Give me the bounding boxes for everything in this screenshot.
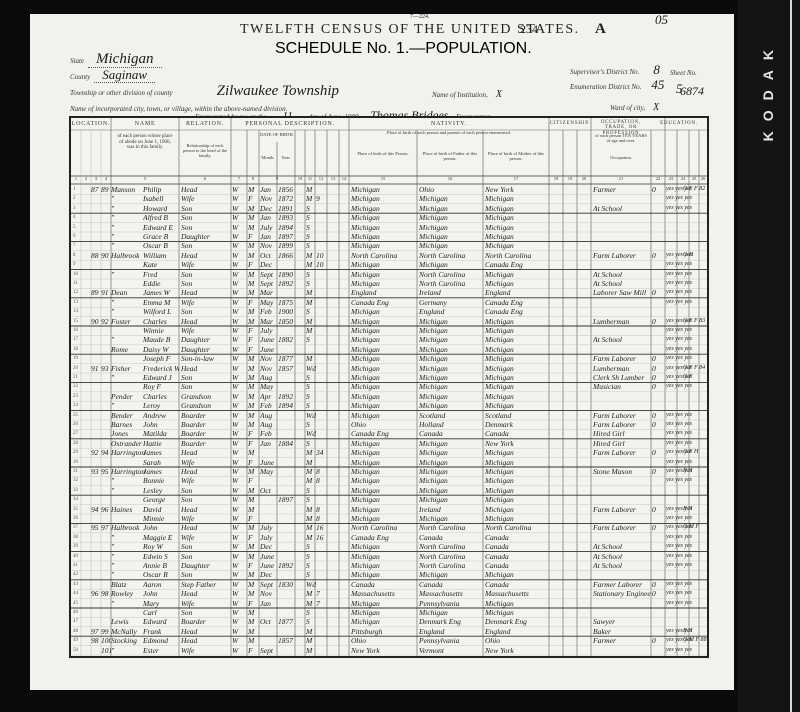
surname: Ostrander xyxy=(111,439,145,448)
years-married: 7 xyxy=(316,599,327,608)
years-married xyxy=(316,317,327,326)
occupation xyxy=(593,570,651,579)
table-row: 50101"EsterWifeWFSeptMNew YorkVermontNew… xyxy=(71,646,707,655)
race: W xyxy=(232,260,246,269)
sex: M xyxy=(248,213,259,222)
line-number: 19 xyxy=(73,356,78,361)
occupation: At School xyxy=(593,542,651,551)
birthplace-father: Holland xyxy=(419,420,483,429)
marital-status: S xyxy=(306,223,316,232)
given-name: Kate xyxy=(143,260,179,269)
surname: Rome xyxy=(111,345,145,354)
birth-month: July xyxy=(260,223,277,232)
sex: M xyxy=(248,185,259,194)
birth-year xyxy=(278,288,295,297)
dwelling-number: 98 xyxy=(91,636,101,645)
birth-year xyxy=(278,345,295,354)
birthplace-father: North Carolina xyxy=(419,270,483,279)
birthplace-person: Michigan xyxy=(351,335,417,344)
surname xyxy=(111,495,145,504)
birth-year xyxy=(278,552,295,561)
family-number xyxy=(101,486,111,495)
given-name: William xyxy=(143,251,179,260)
birthplace-person: Canada Eng xyxy=(351,429,417,438)
table-row: 17"Maude BDaughterWFJune1882SMichiganMic… xyxy=(71,335,707,344)
birth-month: Feb xyxy=(260,307,277,316)
marital-status: S xyxy=(306,204,316,213)
table-row: 24"LeroyGrandsonWMFeb1894SMichiganMichig… xyxy=(71,401,707,410)
table-row: 9KateWifeWFDecM10MichiganMichiganCanada … xyxy=(71,260,707,269)
birth-month: June xyxy=(260,561,277,570)
family-number xyxy=(101,429,111,438)
table-row: 10"FredSonWMSept1890SMichiganNorth Carol… xyxy=(71,270,707,279)
family-number xyxy=(101,213,111,222)
birthplace-father: Canada xyxy=(419,580,483,589)
line-number: 1 xyxy=(73,187,76,192)
birthplace-mother: Canada Eng xyxy=(485,260,549,269)
dwelling-number xyxy=(91,439,101,448)
given-name: Roy F xyxy=(143,382,179,391)
relation: Grandson xyxy=(181,392,231,401)
birthplace-mother: Michigan xyxy=(485,448,549,457)
surname: " xyxy=(111,335,145,344)
months-unemployed: 0 xyxy=(652,505,664,514)
sex: F xyxy=(248,514,259,523)
given-name: Maude B xyxy=(143,335,179,344)
table-row: 42"Oscar RSonWMDecSMichiganMichiganMichi… xyxy=(71,570,707,579)
birthplace-mother: Michigan xyxy=(485,279,549,288)
line-number: 11 xyxy=(73,281,78,286)
ward-label: Ward of city, xyxy=(610,104,645,112)
home-ownership xyxy=(683,270,707,279)
birthplace-person: Michigan xyxy=(351,213,417,222)
birthplace-person: Michigan xyxy=(351,307,417,316)
table-row: 489799McNallyFrankHeadWMMPittsburghEngla… xyxy=(71,627,707,636)
table-row: 43BlatzAaronStep FatherWMSept1830WdCanad… xyxy=(71,580,707,589)
months-unemployed: 0 xyxy=(652,411,664,420)
given-name: Lesley xyxy=(143,486,179,495)
table-row: 33"LesleySonWMOctSMichiganMichiganMichig… xyxy=(71,486,707,495)
occupation xyxy=(593,476,651,485)
relation: Daughter xyxy=(181,561,231,570)
family-number xyxy=(101,439,111,448)
birth-month: Dec xyxy=(260,542,277,551)
months-unemployed xyxy=(652,429,664,438)
family-number: 89 xyxy=(101,185,111,194)
surname: " xyxy=(111,232,145,241)
race: W xyxy=(232,354,246,363)
birthplace-person: Michigan xyxy=(351,411,417,420)
birthplace-father: Michigan xyxy=(419,401,483,410)
column-number: 7 xyxy=(231,177,247,182)
birth-year xyxy=(278,486,295,495)
months-unemployed xyxy=(652,552,664,561)
birthplace-person: Michigan xyxy=(351,204,417,213)
dwelling-number xyxy=(91,420,101,429)
race: W xyxy=(232,523,246,532)
occupation: Baker xyxy=(593,627,651,636)
birthplace-person: Michigan xyxy=(351,241,417,250)
census-table: LOCATION. NAME of each person whose plac… xyxy=(69,116,709,658)
months-unemployed xyxy=(652,542,664,551)
birthplace-mother: Michigan xyxy=(485,373,549,382)
occupation xyxy=(593,260,651,269)
family-number xyxy=(101,411,111,420)
dwelling-number xyxy=(91,373,101,382)
occupation xyxy=(593,241,651,250)
occupation xyxy=(593,608,651,617)
date-of-birth-label: DATE OF BIRTH. xyxy=(259,133,295,138)
column-number: 4 xyxy=(101,177,111,182)
family-number: 94 xyxy=(101,448,111,457)
table-row: 45"MaryWifeWFJanM7MichiganPennsylvaniaMi… xyxy=(71,599,707,608)
birthplace-father: Michigan xyxy=(419,608,483,617)
months-unemployed: 0 xyxy=(652,364,664,373)
marital-status: S xyxy=(306,382,316,391)
birthplace-mother: Michigan xyxy=(485,194,549,203)
marital-status: M xyxy=(306,298,316,307)
group-name: NAME xyxy=(111,121,179,128)
table-row: 11EddieSonWMSept1892SMichiganNorth Carol… xyxy=(71,279,707,288)
dwelling-number xyxy=(91,542,101,551)
occupation: At School xyxy=(593,270,651,279)
sex: M xyxy=(248,467,259,476)
years-married xyxy=(316,364,327,373)
sex: M xyxy=(248,411,259,420)
line-number: 29 xyxy=(73,450,78,455)
sex: M xyxy=(248,204,259,213)
years-married xyxy=(316,326,327,335)
birth-year xyxy=(278,523,295,532)
relation: Head xyxy=(181,467,231,476)
table-row: 28OstranderHattieBoarderWFJan1884SMichig… xyxy=(71,439,707,448)
birthplace-father: Michigan xyxy=(419,326,483,335)
line-number: 45 xyxy=(73,601,78,606)
months-unemployed: 0 xyxy=(652,580,664,589)
dwelling-number xyxy=(91,561,101,570)
marital-status: M xyxy=(306,354,316,363)
given-name: Edward xyxy=(143,617,179,626)
birthplace-father: Michigan xyxy=(419,260,483,269)
surname: " xyxy=(111,542,145,551)
years-married xyxy=(316,420,327,429)
dwelling-number xyxy=(91,392,101,401)
birth-month: June xyxy=(260,345,277,354)
marital-status: S xyxy=(306,617,316,626)
line-number: 12 xyxy=(73,290,78,295)
table-row: 159092FosterCharlesHeadWMMar1850MMichiga… xyxy=(71,317,707,326)
table-row: 18789MansonPhilipHeadWMJan1856MMichiganO… xyxy=(71,185,707,194)
dwelling-number xyxy=(91,279,101,288)
table-row: 4"Alfred BSonWMJan1893SMichiganMichiganM… xyxy=(71,213,707,222)
relation: Head xyxy=(181,523,231,532)
given-name: James W xyxy=(143,288,179,297)
marital-status: M xyxy=(306,194,316,203)
birthplace-mother: Michigan xyxy=(485,458,549,467)
relation: Wife xyxy=(181,260,231,269)
birthplace-person: Michigan xyxy=(351,326,417,335)
birth-month: Dec xyxy=(260,204,277,213)
birth-month: July xyxy=(260,326,277,335)
family-number xyxy=(101,270,111,279)
relation: Daughter xyxy=(181,345,231,354)
years-married xyxy=(316,213,327,222)
birthplace-mother: Scotland xyxy=(485,411,549,420)
birth-year xyxy=(278,646,295,655)
sex: M xyxy=(248,617,259,626)
family-number xyxy=(101,401,111,410)
occupation: Farm Laborer xyxy=(593,411,651,420)
surname xyxy=(111,354,145,363)
table-row: 18RomeDaisy WDaughterWFJuneMichiganMichi… xyxy=(71,345,707,354)
family-number: 96 xyxy=(101,505,111,514)
sex: M xyxy=(248,608,259,617)
marital-status: M xyxy=(306,476,316,485)
sex: M xyxy=(248,279,259,288)
birth-month: Jan xyxy=(260,213,277,222)
home-ownership xyxy=(683,476,707,485)
given-name: Ester xyxy=(143,646,179,655)
relation: Grandson xyxy=(181,401,231,410)
relation: Son xyxy=(181,270,231,279)
surname: " xyxy=(111,204,145,213)
line-number: 26 xyxy=(73,422,78,427)
relation: Son xyxy=(181,552,231,561)
birth-month: Nov xyxy=(260,354,277,363)
sex: M xyxy=(248,364,259,373)
years-married xyxy=(316,608,327,617)
years-married xyxy=(316,298,327,307)
relation: Son xyxy=(181,204,231,213)
race: W xyxy=(232,307,246,316)
marital-status: S xyxy=(306,486,316,495)
marital-status: M xyxy=(306,533,316,542)
surname: " xyxy=(111,561,145,570)
pob-mother-label: Place of birth of Mother of this person. xyxy=(485,152,547,162)
birth-year xyxy=(278,382,295,391)
years-married: 16 xyxy=(316,523,327,532)
birthplace-person: New York xyxy=(351,646,417,655)
line-number: 22 xyxy=(73,384,78,389)
dwelling-number: 93 xyxy=(91,467,101,476)
birthplace-mother: Michigan xyxy=(485,354,549,363)
occupation xyxy=(593,194,651,203)
birth-year xyxy=(278,599,295,608)
race: W xyxy=(232,251,246,260)
birthplace-father: Vermont xyxy=(419,646,483,655)
race: W xyxy=(232,486,246,495)
film-brand-mark: KODAK xyxy=(760,40,776,141)
dwelling-number xyxy=(91,223,101,232)
line-number: 9 xyxy=(73,262,76,267)
relation: Wife xyxy=(181,194,231,203)
column-number: 18 xyxy=(549,177,563,182)
birthplace-person: Ohio xyxy=(351,420,417,429)
birthplace-mother: Canada xyxy=(485,580,549,589)
birth-month: Oct xyxy=(260,486,277,495)
birthplace-person: Ohio xyxy=(351,636,417,645)
years-married xyxy=(316,458,327,467)
surname: Bender xyxy=(111,411,145,420)
years-married: 7 xyxy=(316,589,327,598)
birth-year: 1894 xyxy=(278,223,295,232)
family-number: 97 xyxy=(101,523,111,532)
relation-description: Relationship of each person to the head … xyxy=(181,144,229,159)
margin-note: 6874 xyxy=(680,84,704,99)
line-number: 28 xyxy=(73,441,78,446)
years-married: 8 xyxy=(316,505,327,514)
given-name: Maggie E xyxy=(143,533,179,542)
sex: M xyxy=(248,401,259,410)
institution-value: X xyxy=(492,89,502,100)
home-ownership xyxy=(683,429,707,438)
birthplace-mother: Canada xyxy=(485,533,549,542)
years-married: 8 xyxy=(316,467,327,476)
birth-year xyxy=(278,608,295,617)
birth-year xyxy=(278,627,295,636)
family-number xyxy=(101,542,111,551)
race: W xyxy=(232,617,246,626)
relation: Wife xyxy=(181,298,231,307)
race: W xyxy=(232,636,246,645)
column-number: 20 xyxy=(577,177,591,182)
table-row: 22Roy FSonWMMaySMichiganMichiganMichigan… xyxy=(71,382,707,391)
given-name: Eddie xyxy=(143,279,179,288)
home-ownership xyxy=(683,307,707,316)
column-number: 21 xyxy=(591,177,651,182)
line-number: 6 xyxy=(73,234,76,239)
birthplace-father: Michigan xyxy=(419,486,483,495)
sex: M xyxy=(248,288,259,297)
marital-status: S xyxy=(306,570,316,579)
family-number xyxy=(101,307,111,316)
table-row: 299294HarringtonJamesHeadWMM34MichiganMi… xyxy=(71,448,707,457)
birthplace-father: North Carolina xyxy=(419,542,483,551)
birthplace-mother: Canada xyxy=(485,542,549,551)
family-number xyxy=(101,533,111,542)
line-number: 30 xyxy=(73,460,78,465)
page-number: 234 xyxy=(520,22,538,37)
occupation xyxy=(593,458,651,467)
given-name: John xyxy=(143,523,179,532)
marital-status: M xyxy=(306,523,316,532)
dwelling-number xyxy=(91,495,101,504)
family-number xyxy=(101,514,111,523)
relation: Wife xyxy=(181,599,231,608)
birthplace-person: Michigan xyxy=(351,270,417,279)
home-ownership: R H xyxy=(683,467,707,476)
family-number: 93 xyxy=(101,364,111,373)
home-ownership xyxy=(683,570,707,579)
home-ownership xyxy=(683,580,707,589)
marital-status: S xyxy=(306,213,316,222)
column-number: 2 xyxy=(81,177,91,182)
home-ownership xyxy=(683,326,707,335)
line-number: 40 xyxy=(73,554,78,559)
institution-label: Name of Institution, xyxy=(432,91,488,99)
dwelling-number: 88 xyxy=(91,251,101,260)
birth-year xyxy=(278,589,295,598)
year-label: Year. xyxy=(277,156,295,161)
relation: Son xyxy=(181,223,231,232)
home-ownership: O F H xyxy=(683,448,707,457)
race: W xyxy=(232,420,246,429)
birthplace-father: England xyxy=(419,307,483,316)
birthplace-father: England xyxy=(419,627,483,636)
line-number: 49 xyxy=(73,638,78,643)
relation: Step Father xyxy=(181,580,231,589)
race: W xyxy=(232,213,246,222)
sex: M xyxy=(248,486,259,495)
occupation xyxy=(593,599,651,608)
race: W xyxy=(232,345,246,354)
birth-year: 1892 xyxy=(278,561,295,570)
birth-month xyxy=(260,627,277,636)
marital-status: S xyxy=(306,335,316,344)
birthplace-person: Michigan xyxy=(351,364,417,373)
months-unemployed xyxy=(652,335,664,344)
birth-month: July xyxy=(260,533,277,542)
years-married: 8 xyxy=(316,476,327,485)
months-unemployed: 0 xyxy=(652,467,664,476)
home-ownership xyxy=(683,288,707,297)
sex: F xyxy=(248,458,259,467)
home-ownership xyxy=(683,401,707,410)
birth-year: 1830 xyxy=(278,580,295,589)
birth-month: May xyxy=(260,298,277,307)
months-unemployed xyxy=(652,392,664,401)
family-number xyxy=(101,570,111,579)
film-border-left xyxy=(0,0,30,712)
marital-status: M xyxy=(306,636,316,645)
months-unemployed xyxy=(652,439,664,448)
marital-status: S xyxy=(306,392,316,401)
years-married xyxy=(316,561,327,570)
given-name: Joseph F xyxy=(143,354,179,363)
birthplace-father: Michigan xyxy=(419,476,483,485)
home-ownership xyxy=(683,232,707,241)
birthplace-person: Michigan xyxy=(351,458,417,467)
years-married xyxy=(316,204,327,213)
months-unemployed xyxy=(652,279,664,288)
home-ownership xyxy=(683,279,707,288)
column-number: 8 xyxy=(247,177,259,182)
column-number: 10 xyxy=(295,177,305,182)
relation: Head xyxy=(181,636,231,645)
months-unemployed xyxy=(652,232,664,241)
surname xyxy=(111,260,145,269)
surname: " xyxy=(111,241,145,250)
relation: Son xyxy=(181,495,231,504)
months-unemployed xyxy=(652,608,664,617)
family-number xyxy=(101,420,111,429)
birth-year: 1892 xyxy=(278,279,295,288)
marital-status: S xyxy=(306,270,316,279)
years-married xyxy=(316,627,327,636)
line-number: 4 xyxy=(73,215,76,220)
birth-month: Oct xyxy=(260,617,277,626)
birthplace-father: North Carolina xyxy=(419,561,483,570)
relation: Head xyxy=(181,185,231,194)
birthplace-person: Canada Eng xyxy=(351,298,417,307)
page-letter: A xyxy=(595,21,606,38)
surname: Haines xyxy=(111,505,145,514)
occupation xyxy=(593,401,651,410)
months-unemployed xyxy=(652,213,664,222)
surname: Fisher xyxy=(111,364,145,373)
birthplace-mother: Michigan xyxy=(485,270,549,279)
race: W xyxy=(232,185,246,194)
